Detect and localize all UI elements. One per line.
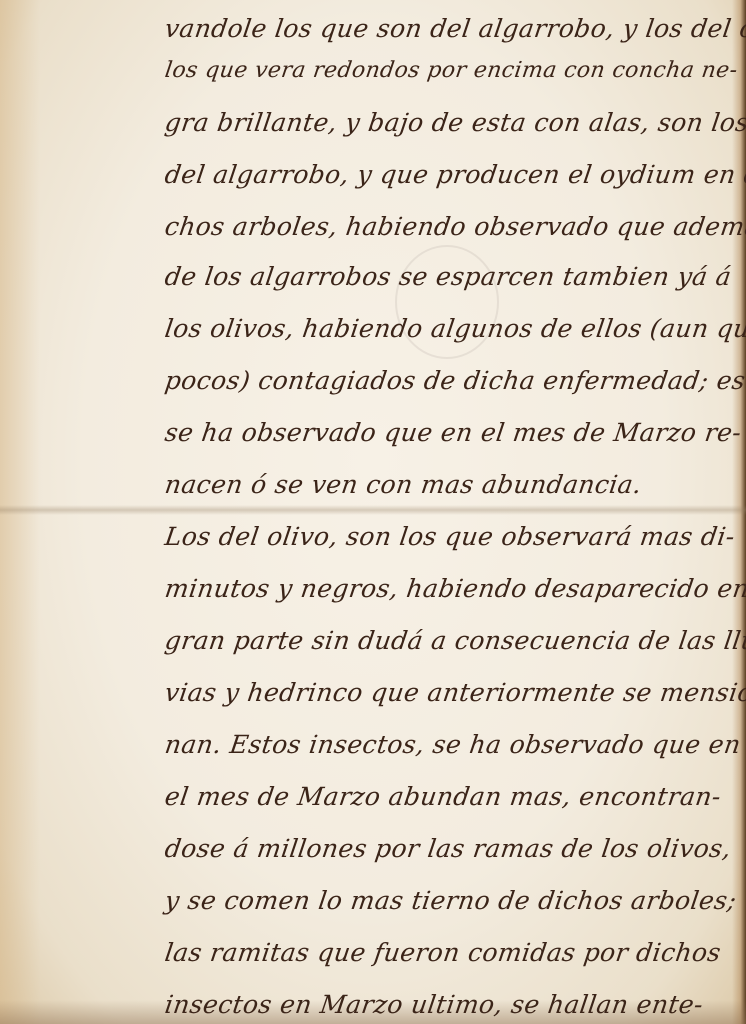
text-line: y se comen lo mas tierno de dichos arbol… [163, 886, 739, 916]
text-line: nan. Estos insectos, se ha observado que… [163, 730, 743, 760]
text-line: los que vera redondos por encima con con… [163, 56, 740, 86]
text-line: dose á millones por las ramas de los oli… [163, 834, 733, 864]
text-line: Los del olivo, son los que observará mas… [163, 522, 737, 552]
text-line: se ha observado que en el mes de Marzo r… [163, 418, 743, 448]
text-line: gran parte sin dudá a consecuencia de la… [163, 626, 746, 656]
text-line: vias y hedrinco que anteriormente se men… [163, 678, 746, 708]
text-line: vandole los que son del algarrobo, y los… [163, 14, 746, 44]
manuscript-page: vandole los que son del algarrobo, y los… [0, 0, 746, 1024]
text-line: minutos y negros, habiendo desaparecido … [163, 574, 746, 604]
text-line: insectos en Marzo ultimo, se hallan ente… [163, 990, 705, 1020]
text-line: del algarrobo, y que producen el oydium … [163, 160, 746, 190]
text-line: las ramitas que fueron comidas por dicho… [163, 938, 723, 968]
text-line: gra brillante, y bajo de esta con alas, … [163, 108, 746, 138]
text-line: los olivos, habiendo algunos de ellos (a… [163, 314, 746, 344]
text-line: nacen ó se ven con mas abundancia. [163, 470, 644, 500]
handwritten-text: vandole los que son del algarrobo, y los… [0, 0, 746, 1024]
text-line: chos arboles, habiendo observado que ade… [163, 212, 746, 242]
text-line: de los algarrobos se esparcen tambien yá… [163, 262, 733, 292]
text-line: pocos) contagiados de dicha enfermedad; … [163, 366, 746, 396]
text-line: el mes de Marzo abundan mas, encontran- [163, 782, 723, 812]
